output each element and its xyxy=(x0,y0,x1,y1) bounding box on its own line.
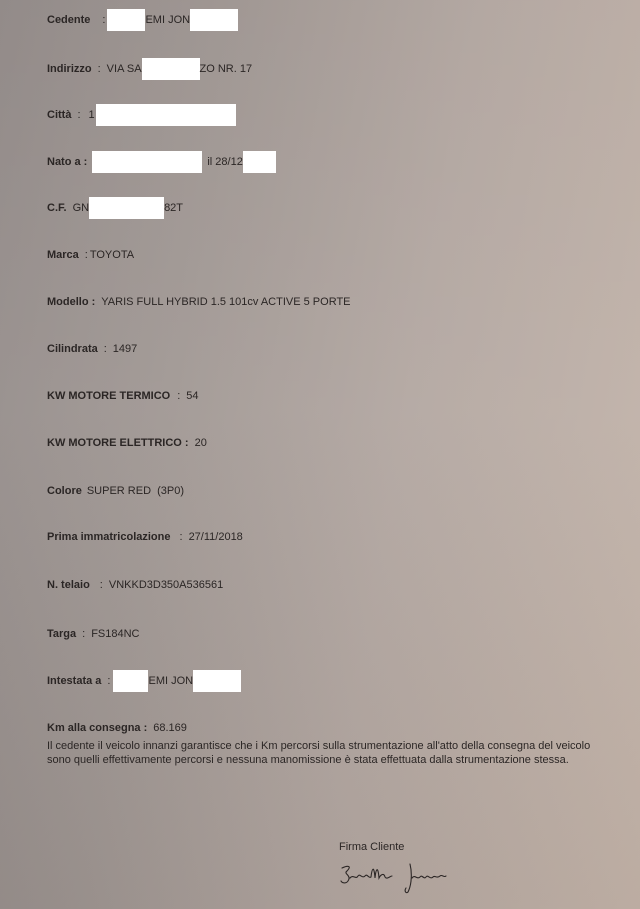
citta-label: Città xyxy=(47,109,71,121)
redaction-box xyxy=(107,9,145,31)
indirizzo-label: Indirizzo xyxy=(47,63,92,75)
nato-a-label: Nato a : xyxy=(47,156,87,168)
kw-elettrico-label: KW MOTORE ELETTRICO : xyxy=(47,437,189,449)
cedente-value: EMI JON xyxy=(145,14,190,26)
kw-termico-sep: : xyxy=(177,390,180,402)
declaration-text: Il cedente il veicolo innanzi garantisce… xyxy=(47,739,607,767)
telaio-sep: : xyxy=(100,579,103,591)
cilindrata-label: Cilindrata xyxy=(47,343,98,355)
km-label: Km alla consegna : xyxy=(47,722,147,734)
field-targa: Targa : FS184NC xyxy=(47,627,140,641)
field-telaio: N. telaio : VNKKD3D350A536561 xyxy=(47,578,223,592)
modello-label: Modello : xyxy=(47,296,95,308)
signature-label: Firma Cliente xyxy=(339,841,404,853)
signature-handwriting xyxy=(338,860,458,896)
targa-value: FS184NC xyxy=(91,628,139,640)
field-cf: C.F. GN 82T xyxy=(47,201,183,215)
field-prima-immatricolazione: Prima immatricolazione : 27/11/2018 xyxy=(47,530,243,544)
redaction-box xyxy=(190,9,238,31)
intestata-a-label: Intestata a xyxy=(47,675,101,687)
prima-immatricolazione-label: Prima immatricolazione xyxy=(47,531,171,543)
marca-label: Marca xyxy=(47,249,79,261)
redaction-box xyxy=(96,104,236,126)
cf-label: C.F. xyxy=(47,202,67,214)
km-value: 68.169 xyxy=(153,722,187,734)
intestata-a-value: EMI JON xyxy=(148,675,193,687)
cf-suffix: 82T xyxy=(164,202,183,214)
prima-immatricolazione-value: 27/11/2018 xyxy=(189,531,243,543)
field-indirizzo: Indirizzo : VIA SA ZO NR. 17 xyxy=(47,62,252,76)
marca-sep: : xyxy=(85,249,88,261)
redaction-box xyxy=(142,58,200,80)
field-intestata-a: Intestata a : EMI JON xyxy=(47,674,241,688)
cilindrata-sep: : xyxy=(104,343,107,355)
field-kw-elettrico: KW MOTORE ELETTRICO : 20 xyxy=(47,436,207,450)
telaio-label: N. telaio xyxy=(47,579,90,591)
kw-termico-value: 54 xyxy=(186,390,198,402)
field-km: Km alla consegna : 68.169 xyxy=(47,721,187,735)
citta-prefix: 1 xyxy=(89,109,95,121)
redaction-box xyxy=(243,151,276,173)
field-marca: Marca : TOYOTA xyxy=(47,248,134,262)
cf-prefix: GN xyxy=(73,202,90,214)
colore-label: Colore xyxy=(47,485,82,497)
redaction-box xyxy=(193,670,241,692)
redaction-box xyxy=(89,197,164,219)
citta-sep: : xyxy=(77,109,80,121)
field-kw-termico: KW MOTORE TERMICO : 54 xyxy=(47,389,199,403)
redaction-box xyxy=(92,151,202,173)
indirizzo-sep: : xyxy=(98,63,101,75)
redaction-box xyxy=(113,670,148,692)
prima-immatricolazione-sep: : xyxy=(180,531,183,543)
cedente-label: Cedente xyxy=(47,14,90,26)
field-nato-a: Nato a : il 28/12 xyxy=(47,155,276,169)
paper-shading xyxy=(0,0,640,909)
field-cedente: Cedente : EMI JON xyxy=(47,13,238,27)
targa-sep: : xyxy=(82,628,85,640)
colore-value: SUPER RED (3P0) xyxy=(87,485,184,497)
marca-value: TOYOTA xyxy=(90,249,134,261)
field-colore: Colore SUPER RED (3P0) xyxy=(47,484,184,498)
field-modello: Modello : YARIS FULL HYBRID 1.5 101cv AC… xyxy=(47,295,351,309)
intestata-a-sep: : xyxy=(107,675,110,687)
cilindrata-value: 1497 xyxy=(113,343,137,355)
telaio-value: VNKKD3D350A536561 xyxy=(109,579,223,591)
targa-label: Targa xyxy=(47,628,76,640)
nato-date: il 28/12 xyxy=(207,156,242,168)
kw-termico-label: KW MOTORE TERMICO xyxy=(47,390,170,402)
indirizzo-prefix: VIA SA xyxy=(107,63,142,75)
indirizzo-suffix: ZO NR. 17 xyxy=(200,63,253,75)
modello-value: YARIS FULL HYBRID 1.5 101cv ACTIVE 5 POR… xyxy=(101,296,350,308)
field-citta: Città : 1 xyxy=(47,108,236,122)
cedente-sep: : xyxy=(102,14,105,26)
field-cilindrata: Cilindrata : 1497 xyxy=(47,342,137,356)
kw-elettrico-value: 20 xyxy=(195,437,207,449)
